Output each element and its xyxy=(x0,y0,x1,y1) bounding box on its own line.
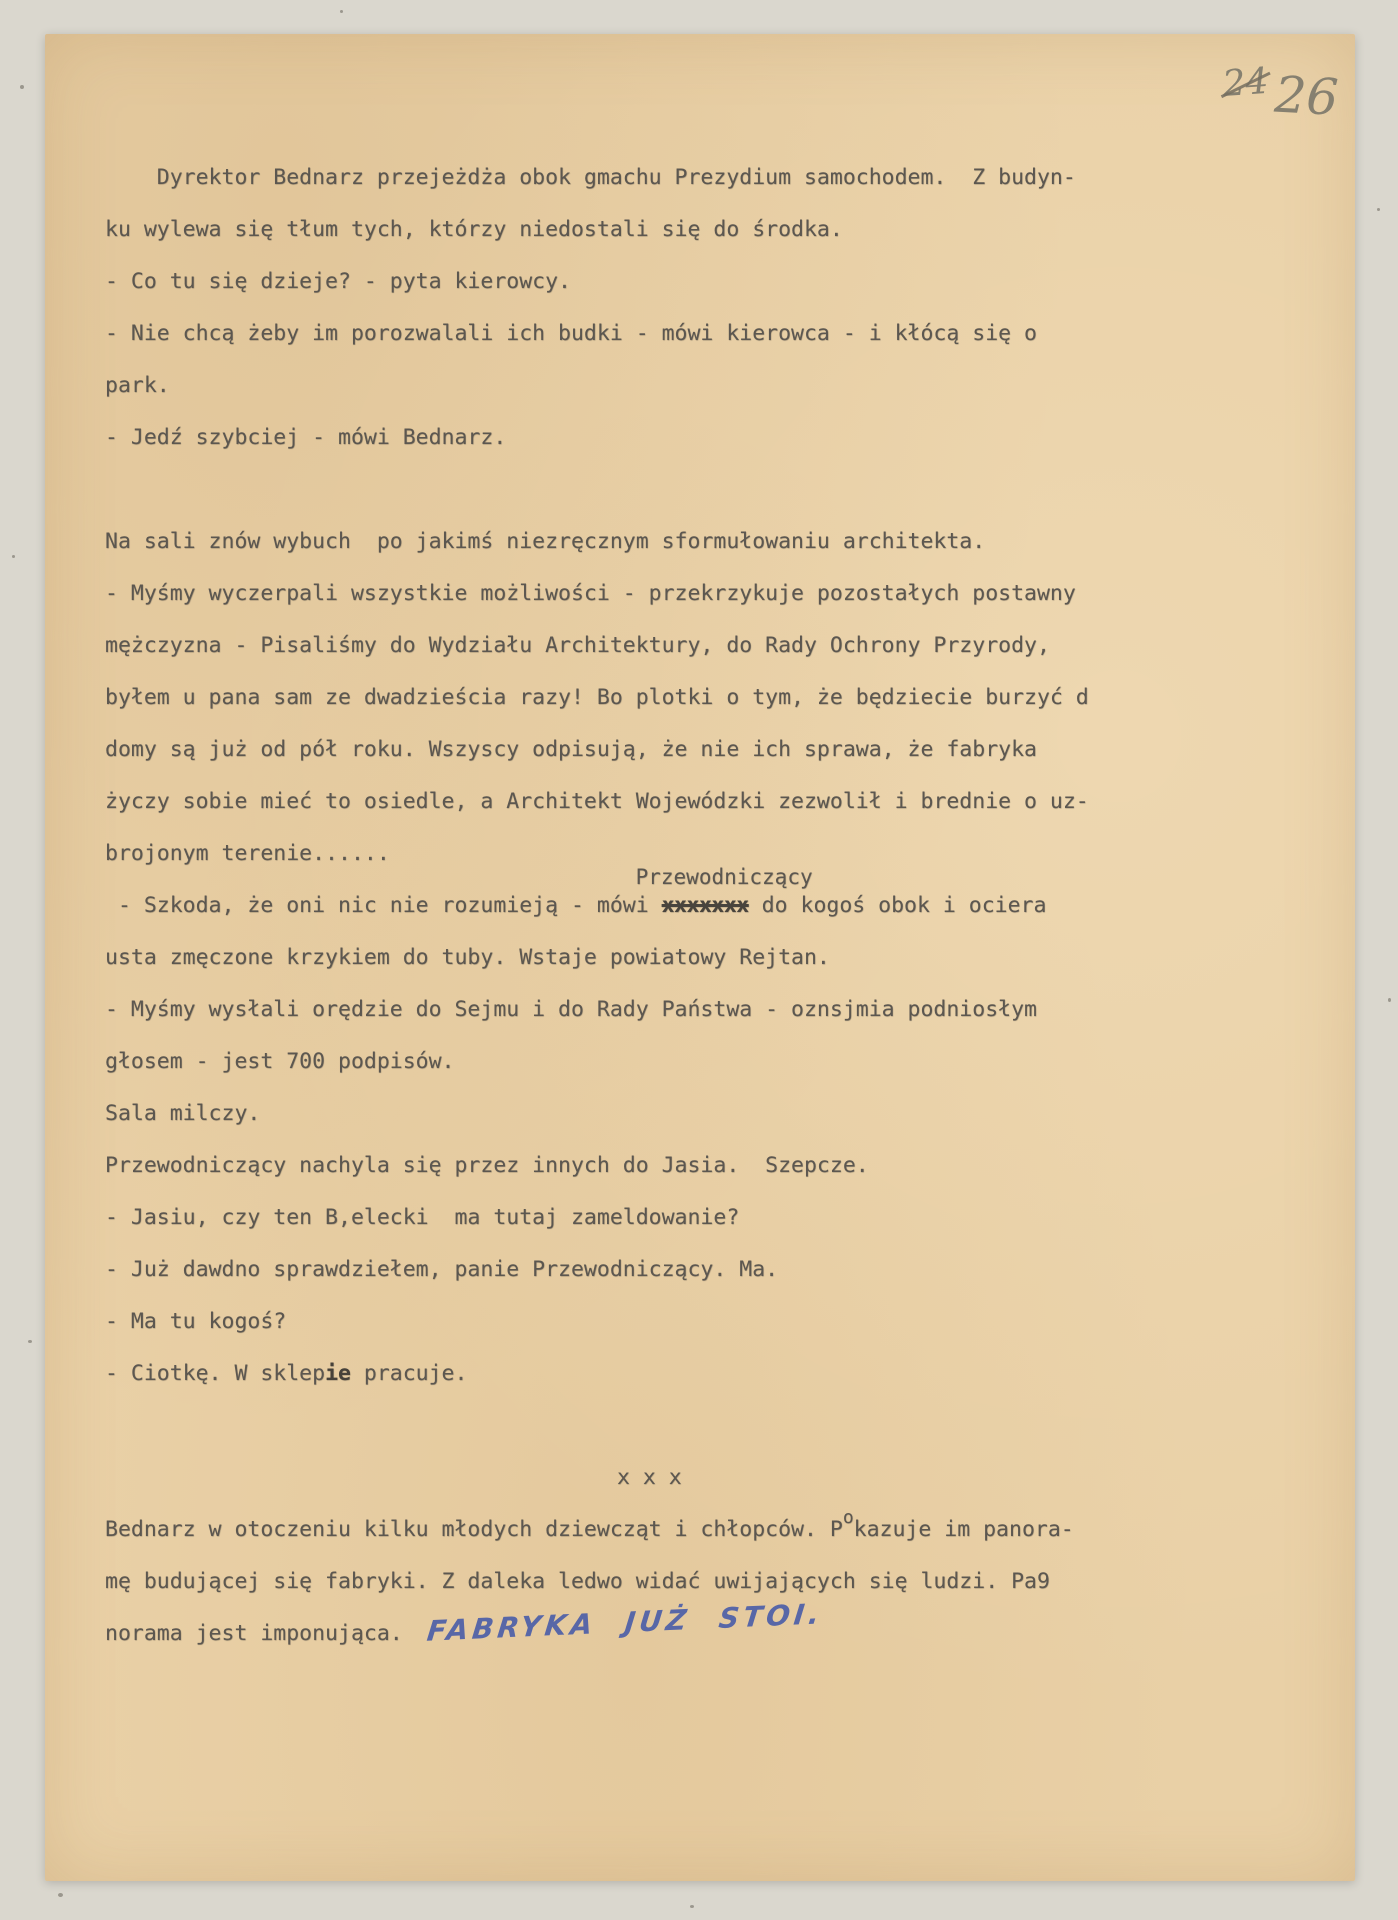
typed-line: brojonym terenie...... xyxy=(105,828,1115,880)
typed-line: Przewodniczący nachyla się przez innych … xyxy=(105,1140,1115,1192)
typed-line: Na sali znów wybuch po jakimś niezręczny… xyxy=(105,516,1115,568)
interlinear-insertion: Przewodniczący xyxy=(636,866,813,888)
typed-line: ku wylewa się tłum tych, którzy niedosta… xyxy=(105,204,1115,256)
typed-line: - Szkoda, że oni nic nie rozumieją - mów… xyxy=(105,880,1115,932)
typed-line: głosem - jest 700 podpisów. xyxy=(105,1036,1115,1088)
typed-line: życzy sobie mieć to osiedle, a Architekt… xyxy=(105,776,1115,828)
typescript-page: 24 26 Dyrektor Bednarz przejeżdża obok g… xyxy=(45,34,1355,1881)
paper-speck xyxy=(12,555,15,558)
typed-line: - Jedź szybciej - mówi Bednarz. xyxy=(105,412,1115,464)
typed-line: - Już dawdno sprawdziełem, panie Przewod… xyxy=(105,1244,1115,1296)
typed-line: park. xyxy=(105,360,1115,412)
typed-line: usta zmęczone krzykiem do tuby. Wstaje p… xyxy=(105,932,1115,984)
paper-speck xyxy=(1388,998,1391,1002)
typed-line: - Jasiu, czy ten B,elecki ma tutaj zamel… xyxy=(105,1192,1115,1244)
paper-speck xyxy=(690,1905,694,1908)
typed-line: domy są już od pół roku. Wszyscy odpisuj… xyxy=(105,724,1115,776)
typed-line: - Nie chcą żeby im porozwalali ich budki… xyxy=(105,308,1115,360)
paper-speck xyxy=(28,1340,32,1343)
typed-line: - Ciotkę. W sklepie pracuje. xyxy=(105,1348,1115,1400)
typed-line: Dyrektor Bednarz przejeżdża obok gmachu … xyxy=(105,152,1115,204)
section-divider: x x x xyxy=(617,1452,1115,1504)
typed-line: - Ma tu kogoś? xyxy=(105,1296,1115,1348)
typed-line: mężczyzna - Pisaliśmy do Wydziału Archit… xyxy=(105,620,1115,672)
paper-speck xyxy=(58,1893,63,1897)
typed-line: mę budującej się fabryki. Z daleka ledwo… xyxy=(105,1556,1115,1608)
page-number-annotation: 24 26 xyxy=(1221,56,1339,122)
paper-speck xyxy=(340,10,343,13)
scanned-typescript: { "colors": { "paper": "#e9d0a6", "backd… xyxy=(0,0,1398,1920)
typed-line: - Myśmy wyczerpali wszystkie możliwości … xyxy=(105,568,1115,620)
typed-line: Bednarz w otoczeniu kilku młodych dziewc… xyxy=(105,1504,1115,1556)
typed-line: Sala milczy. xyxy=(105,1088,1115,1140)
paper-speck xyxy=(20,85,24,89)
typed-text: Dyrektor Bednarz przejeżdża obok gmachu … xyxy=(105,152,1115,1660)
typed-line: - Myśmy wysłali orędzie do Sejmu i do Ra… xyxy=(105,984,1115,1036)
page-number: 26 xyxy=(1273,66,1340,127)
typed-line: - Co tu się dzieje? - pyta kierowcy. xyxy=(105,256,1115,308)
page-number-struck: 24 xyxy=(1221,61,1270,105)
typed-line: byłem u pana sam ze dwadzieścia razy! Bo… xyxy=(105,672,1115,724)
paper-speck xyxy=(1377,208,1380,211)
